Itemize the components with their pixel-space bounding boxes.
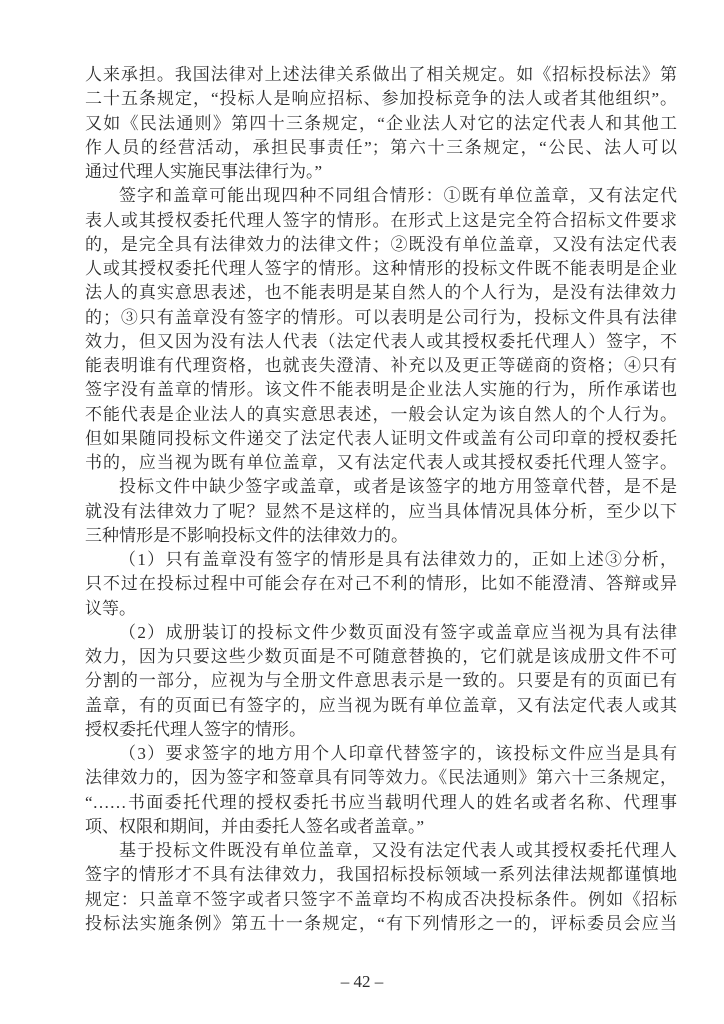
- text-line: （2）成册装订的投标文件少数页面没有签字或盖章应当视为具有法律: [85, 621, 677, 645]
- paragraph: （2）成册装订的投标文件少数页面没有签字或盖章应当视为具有法律 效力，因为只要这…: [85, 621, 677, 742]
- document-page: 人来承担。我国法律对上述法律关系做出了相关规定。如《招标投标法》第 二十五条规定…: [0, 0, 724, 1024]
- text-line: 书的，应当视为既有单位盖章，又有法定代表人或其授权委托代理人签字。: [85, 451, 677, 475]
- text-line: 签字的情形才不具有法律效力，我国招标投标领域一系列法律法规都谨慎地: [85, 863, 677, 887]
- text-line: 的，是完全具有法律效力的法律文件；②既没有单位盖章，又没有法定代表: [85, 233, 677, 257]
- paragraph: 投标文件中缺少签字或盖章，或者是该签字的地方用签章代替，是不是 就没有法律效力了…: [85, 475, 677, 548]
- text-line: 二十五条规定，“投标人是响应招标、参加投标竞争的法人或者其他组织”。: [85, 87, 677, 111]
- text-line: 的；③只有盖章没有签字的情形。可以表明是公司行为，投标文件具有法律: [85, 306, 677, 330]
- paragraph: （3）要求签字的地方用个人印章代替签字的，该投标文件应当是具有 法律效力的，因为…: [85, 742, 677, 839]
- text-line: 表人或其授权委托代理人签字的情形。在形式上这是完全符合招标文件要求: [85, 209, 677, 233]
- text-line: 签字和盖章可能出现四种不同组合情形：①既有单位盖章，又有法定代: [85, 184, 677, 208]
- paragraph: （1）只有盖章没有签字的情形是具有法律效力的，正如上述③分析， 只不过在投标过程…: [85, 548, 677, 621]
- text-line: 效力，因为只要这些少数页面是不可随意替换的，它们就是该成册文件不可: [85, 645, 677, 669]
- text-line: 项、权限和期间，并由委托人签名或者盖章。”: [85, 815, 677, 839]
- text-line: 法人的真实意思表述，也不能表明是某自然人的个人行为，是没有法律效力: [85, 281, 677, 305]
- page-number: – 42 –: [0, 970, 724, 994]
- text-line: （3）要求签字的地方用个人印章代替签字的，该投标文件应当是具有: [85, 742, 677, 766]
- text-line: 规定：只盖章不签字或者只签字不盖章均不构成否决投标条件。例如《招标: [85, 888, 677, 912]
- text-line: 人来承担。我国法律对上述法律关系做出了相关规定。如《招标投标法》第: [85, 63, 677, 87]
- text-line: 就没有法律效力了呢？显然不是这样的，应当具体情况具体分析，至少以下: [85, 500, 677, 524]
- text-block: 人来承担。我国法律对上述法律关系做出了相关规定。如《招标投标法》第 二十五条规定…: [85, 63, 677, 936]
- text-line: （1）只有盖章没有签字的情形是具有法律效力的，正如上述③分析，: [85, 548, 677, 572]
- text-line: 又如《民法通则》第四十三条规定，“企业法人对它的法定代表人和其他工: [85, 112, 677, 136]
- text-line: 授权委托代理人签字的情形。: [85, 718, 677, 742]
- text-line: 签字没有盖章的情形。该文件不能表明是企业法人实施的行为，所作承诺也: [85, 378, 677, 402]
- text-line: 议等。: [85, 597, 677, 621]
- text-line: 但如果随同投标文件递交了法定代表人证明文件或盖有公司印章的授权委托: [85, 427, 677, 451]
- paragraph: 基于投标文件既没有单位盖章，又没有法定代表人或其授权委托代理人 签字的情形才不具…: [85, 839, 677, 936]
- text-line: 能表明谁有代理资格，也就丧失澄清、补充以及更正等磋商的资格；④只有: [85, 354, 677, 378]
- text-line: 投标文件中缺少签字或盖章，或者是该签字的地方用签章代替，是不是: [85, 475, 677, 499]
- text-line: 不能代表是企业法人的真实意思表述，一般会认定为该自然人的个人行为。: [85, 403, 677, 427]
- text-line: 通过代理人实施民事法律行为。”: [85, 160, 677, 184]
- paragraph: 签字和盖章可能出现四种不同组合情形：①既有单位盖章，又有法定代 表人或其授权委托…: [85, 184, 677, 475]
- paragraph: 人来承担。我国法律对上述法律关系做出了相关规定。如《招标投标法》第 二十五条规定…: [85, 63, 677, 184]
- text-line: 分割的一部分，应视为与全册文件意思表示是一致的。只要是有的页面已有: [85, 669, 677, 693]
- text-line: 基于投标文件既没有单位盖章，又没有法定代表人或其授权委托代理人: [85, 839, 677, 863]
- text-line: 投标法实施条例》第五十一条规定，“有下列情形之一的，评标委员会应当: [85, 912, 677, 936]
- text-line: 效力，但又因为没有法人代表（法定代表人或其授权委托代理人）签字，不: [85, 330, 677, 354]
- text-line: 三种情形是不影响投标文件的法律效力的。: [85, 524, 677, 548]
- text-line: 盖章，有的页面已有签字的，应当视为既有单位盖章，又有法定代表人或其: [85, 694, 677, 718]
- text-line: 作人员的经营活动，承担民事责任”；第六十三条规定，“公民、法人可以: [85, 136, 677, 160]
- text-line: “……书面委托代理的授权委托书应当载明代理人的姓名或者名称、代理事: [85, 791, 677, 815]
- text-line: 法律效力的，因为签字和签章具有同等效力。《民法通则》第六十三条规定，: [85, 766, 677, 790]
- text-line: 只不过在投标过程中可能会存在对己不利的情形，比如不能澄清、答辩或异: [85, 572, 677, 596]
- text-line: 人或其授权委托代理人签字的情形。这种情形的投标文件既不能表明是企业: [85, 257, 677, 281]
